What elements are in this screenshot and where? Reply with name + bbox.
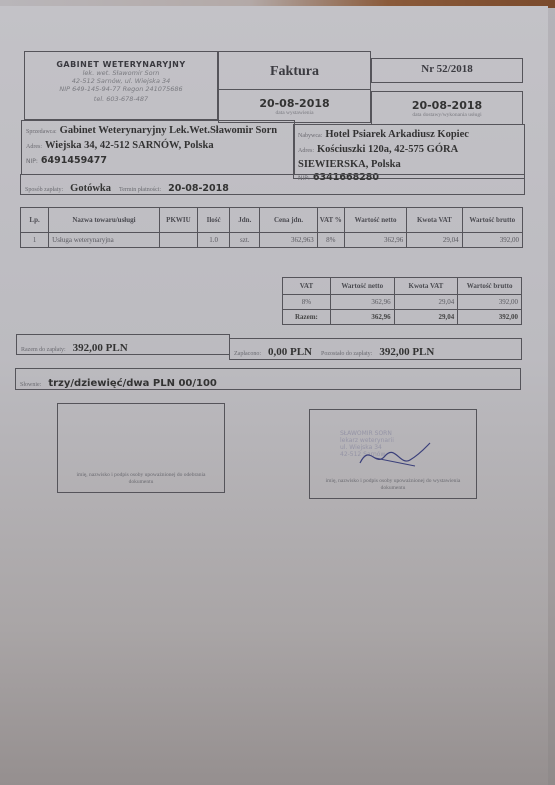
column-header: Lp. [21,208,49,233]
logo-line: tel. 603-678-487 [25,95,217,103]
remaining-label: Pozostało do zapłaty: [321,351,372,357]
column-header: VAT [283,278,331,295]
seller-nip: 6491459477 [41,155,107,166]
table-cell: 362,96 [330,310,394,325]
receiver-signature-caption: imię, nazwisko i podpis osoby upoważnion… [64,472,218,486]
words-label: Słownie: [20,382,41,388]
to-pay-label: Razem do zapłaty: [21,347,66,353]
seller-name: Gabinet Weterynaryjny Lek.Wet.Sławomir S… [60,125,278,136]
seller-address-label: Adres: [26,144,42,150]
summary-header-row: VATWartość nettoKwota VATWartość brutto [283,278,522,295]
column-header: Kwota VAT [407,208,462,233]
column-header: VAT % [317,208,344,233]
table-cell [159,233,197,248]
items-table: Lp.Nazwa towaru/usługiPKWIUIlośćJdn.Cena… [20,207,523,248]
column-header: Wartość brutto [458,278,522,295]
column-header: Wartość netto [344,208,406,233]
buyer-box: Nabywca:Hotel Psiarek Arkadiusz Kopiec A… [293,124,525,179]
paid-amount: 0,00 PLN [268,346,312,358]
logo-title: GABINET WETERYNARYJNY [25,60,217,69]
total-to-pay-box: Razem do zapłaty: 392,00 PLN [16,334,230,355]
invoice-number-cell: Nr 52/2018 [371,58,523,83]
issuer-signature-box: SŁAWOMIR SORN lekarz weterynarii ul. Wie… [309,409,477,499]
amount-in-words-box: Słownie: trzy/dziewięć/dwa PLN 00/100 [15,368,521,390]
payment-method: Gotówka [70,183,111,194]
table-cell: 362,963 [260,233,317,248]
table-row: 1Usługa weterynaryjna1.0szt.362,9638%362… [21,233,523,248]
document-title-cell: Faktura [218,51,371,90]
seller-address: Wiejska 34, 42-512 SARNÓW, Polska [45,140,214,151]
column-header: Wartość netto [330,278,394,295]
table-cell: 29,04 [407,233,462,248]
issue-date: 20-08-2018 [219,97,370,110]
delivery-date-label: data dostawy/wykonania usługi [372,112,522,118]
table-cell: 8% [283,295,331,310]
table-cell: 1.0 [198,233,230,248]
table-cell: 1 [21,233,49,248]
table-cell: Usługa weterynaryjna [49,233,160,248]
buyer-name: Hotel Psiarek Arkadiusz Kopiec [325,129,469,140]
receiver-signature-box: imię, nazwisko i podpis osoby upoważnion… [57,403,225,493]
table-cell: 29,04 [394,295,458,310]
delivery-date-cell: 20-08-2018 data dostawy/wykonania usługi [371,91,523,125]
logo-line: 42-512 Sarnów, ul. Wiejska 34 [25,77,217,85]
payment-method-label: Sposób zapłaty: [25,187,63,193]
column-header: Wartość brutto [462,208,522,233]
summary-total-row: Razem:362,9629,04392,00 [283,310,522,325]
table-cell: 392,00 [458,295,522,310]
seller-logo-box-bottom: tel. 603-678-487 [24,89,218,120]
issue-date-cell: 20-08-2018 data wystawienia [218,89,371,123]
paid-box: Zapłacono: 0,00 PLN Pozostało do zapłaty… [229,338,522,360]
vat-summary-table: VATWartość nettoKwota VATWartość brutto … [282,277,522,325]
to-pay-amount: 392,00 PLN [73,342,128,354]
column-header: Nazwa towaru/usługi [49,208,160,233]
table-cell: 362,96 [344,233,406,248]
remaining-amount: 392,00 PLN [379,346,434,358]
seller-logo-box: GABINET WETERYNARYJNY lek. wet. Sławomir… [24,51,218,90]
table-cell: 392,00 [458,310,522,325]
seller-nip-label: NIP: [26,158,38,165]
seller-box: Sprzedawca:Gabinet Weterynaryjny Lek.Wet… [21,120,295,175]
payment-due: 20-08-2018 [168,183,229,194]
invoice-number: Nr 52/2018 [372,63,522,75]
column-header: PKWIU [159,208,197,233]
document-title: Faktura [219,64,370,80]
column-header: Cena jdn. [260,208,317,233]
table-cell: szt. [230,233,260,248]
column-header: Jdn. [230,208,260,233]
buyer-label: Nabywca: [298,133,322,139]
table-cell: Razem: [283,310,331,325]
payment-due-label: Termin płatności: [119,187,161,193]
table-cell: 362,96 [330,295,394,310]
logo-line: lek. wet. Sławomir Sorn [25,69,217,77]
table-row: 8%362,9629,04392,00 [283,295,522,310]
items-header-row: Lp.Nazwa towaru/usługiPKWIUIlośćJdn.Cena… [21,208,523,233]
table-cell: 392,00 [462,233,522,248]
table-cell: 8% [317,233,344,248]
buyer-address: Kościuszki 120a, 42-575 GÓRA SIEWIERSKA,… [298,144,458,170]
column-header: Kwota VAT [394,278,458,295]
column-header: Ilość [198,208,230,233]
payment-box: Sposób zapłaty: Gotówka Termin płatności… [20,174,525,195]
stamp-line: SŁAWOMIR SORN [340,430,435,437]
issue-date-label: data wystawienia [219,110,370,116]
amount-in-words: trzy/dziewięć/dwa PLN 00/100 [48,378,217,389]
issuer-signature-caption: imię, nazwisko i podpis osoby upoważnion… [316,478,470,492]
buyer-address-label: Adres: [298,148,314,154]
signature-scribble-icon [355,438,435,473]
paid-label: Zapłacono: [234,351,261,357]
table-cell: 29,04 [394,310,458,325]
seller-label: Sprzedawca: [26,129,57,135]
delivery-date: 20-08-2018 [372,99,522,112]
